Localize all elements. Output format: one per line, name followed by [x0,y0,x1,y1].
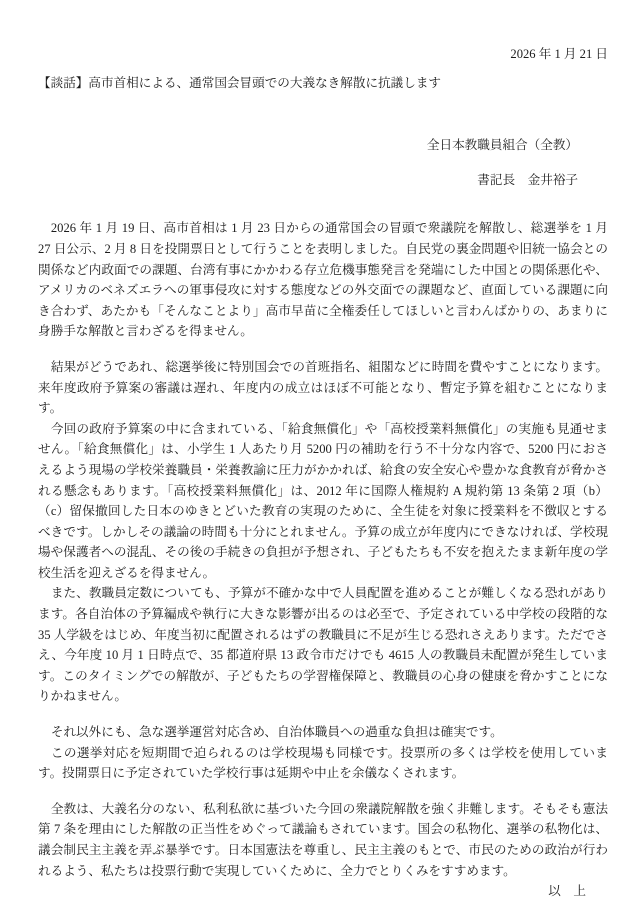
document-title: 【談話】高市首相による、通常国会冒頭での大義なき解散に抗議します [38,73,608,94]
paragraph-school-polling-impact: この選挙対応を短期間で迫られるのは学校現場も同様です。投票所の多くは学校を使用し… [38,743,608,784]
document-page: 2026 年 1 月 21 日 【談話】高市首相による、通常国会冒頭での大義なき… [0,0,644,911]
paragraph-free-lunch-tuition: 今回の政府予算案の中に含まれている、「給食無償化」や「高校授業料無償化」の実施も… [38,419,608,584]
closing-mark: 以 上 [38,881,608,902]
signatory-name: 書記長 金井裕子 [38,170,608,191]
paragraph-teacher-staffing: また、教職員定数についても、予算が不確かな中で人員配置を進めることが難しくなる恐… [38,583,608,707]
organization-name: 全日本教職員組合（全教） [38,135,608,156]
paragraph-dissolution-announcement: 2026 年 1 月 19 日、高市首相は 1 月 23 日からの通常国会の冒頭… [38,218,608,342]
document-date: 2026 年 1 月 21 日 [38,44,608,65]
paragraph-special-session-budget-delay: 結果がどうであれ、総選挙後に特別国会での首班指名、組閣などに時間を費やすことにな… [38,357,608,419]
paragraph-condemnation-conclusion: 全教は、大義名分のない、私利私欲に基づいた今回の衆議院解散を強く非難します。そも… [38,799,608,881]
paragraph-municipal-staff-burden: それ以外にも、急な選挙運営対応含め、自治体職員への過重な負担は確実です。 [38,722,608,743]
